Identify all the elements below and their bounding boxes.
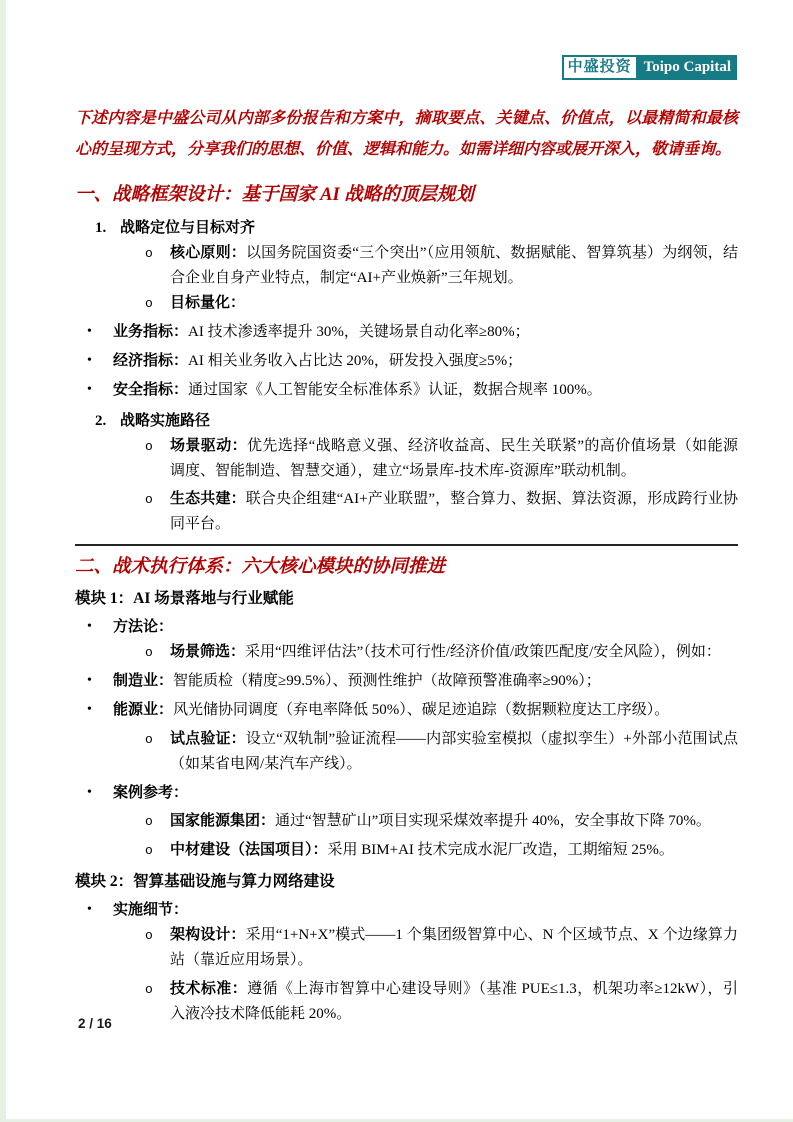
circle-list-marker: o: [145, 809, 153, 834]
page-edge-left: [0, 0, 6, 1122]
target-quantification-label: 目标量化：: [170, 295, 245, 311]
intro-disclaimer-text: 下述内容是中盛公司从内部多份报告和方案中，摘取要点、关键点、价值点，以最精简和最…: [75, 103, 738, 165]
circle-list-marker: o: [145, 727, 153, 752]
methodology-label: 方法论：: [113, 619, 173, 635]
core-principle-text: 以国务院国资委“三个突出”（应用领航、数据赋能、智算筑基）为纲领，结合企业自身产…: [170, 245, 738, 286]
case-energy-group-text: 通过“智慧矿山”项目实现采煤效率提升 40%，安全事故下降 70%。: [275, 813, 711, 829]
case-sinoma-item: o 中材建设（法国项目）：采用 BIM+AI 技术完成水泥厂改造，工期缩短 25…: [75, 838, 738, 863]
bullet-list-marker: •: [87, 897, 92, 922]
case-energy-group-label: 国家能源集团：: [170, 813, 275, 829]
section-2-heading: 二、战术执行体系：六大核心模块的协同推进: [75, 554, 738, 580]
case-sinoma-text: 采用 BIM+AI 技术完成水泥厂改造，工期缩短 25%。: [328, 842, 674, 858]
bullet-list-marker: •: [87, 614, 92, 639]
target-quantification-item: o 目标量化：: [75, 291, 738, 316]
manufacturing-text: 智能质检（精度≥99.5%）、预测性维护（故障预警准确率≥90%）；: [173, 673, 601, 689]
case-reference-label: 案例参考：: [113, 785, 188, 801]
case-energy-group-item: o 国家能源集团：通过“智慧矿山”项目实现采煤效率提升 40%，安全事故下降 7…: [75, 809, 738, 834]
circle-list-marker: o: [145, 640, 153, 665]
circle-list-marker: o: [145, 838, 153, 863]
economic-indicator-label: 经济指标：: [113, 353, 188, 369]
architecture-design-text: 采用“1+N+X”模式——1 个集团级智算中心、N 个区域节点、X 个边缘算力站…: [170, 927, 738, 968]
document-body: 下述内容是中盛公司从内部多份报告和方案中，摘取要点、关键点、价值点，以最精简和最…: [75, 0, 738, 1027]
numbered-item-2: 2. 战略实施路径: [75, 409, 738, 434]
architecture-design-label: 架构设计：: [170, 927, 246, 943]
architecture-design-item: o 架构设计：采用“1+N+X”模式——1 个集团级智算中心、N 个区域节点、X…: [75, 923, 738, 973]
safety-indicator-label: 安全指标：: [113, 382, 188, 398]
scene-driven-text: 优先选择“战略意义强、经济收益高、民生关联紧”的高价值场景（如能源调度、智能制造…: [170, 438, 738, 479]
bullet-list-marker: •: [87, 697, 92, 722]
case-reference-item: • 案例参考：: [75, 781, 738, 806]
safety-indicator-item: • 安全指标：通过国家《人工智能安全标准体系》认证，数据合规率 100%。: [75, 378, 738, 403]
pilot-validation-item: o 试点验证：设立“双轨制”验证流程——内部实验室模拟（虚拟孪生）+外部小范围试…: [75, 727, 738, 777]
pilot-validation-label: 试点验证：: [170, 731, 246, 747]
numbered-item-1: 1. 战略定位与目标对齐: [75, 216, 738, 241]
energy-industry-item: • 能源业：风光储协同调度（弃电率降低 50%）、碳足迹追踪（数据颗粒度达工序级…: [75, 698, 738, 723]
bullet-list-marker: •: [87, 319, 92, 344]
numbered-item-2-title: 战略实施路径: [120, 413, 210, 429]
bullet-list-marker: •: [87, 377, 92, 402]
case-sinoma-label: 中材建设（法国项目）：: [170, 842, 328, 858]
economic-indicator-text: AI 相关业务收入占比达 20%，研发投入强度≥5%；: [188, 353, 522, 369]
economic-indicator-item: • 经济指标：AI 相关业务收入占比达 20%，研发投入强度≥5%；: [75, 349, 738, 374]
core-principle-item: o 核心原则：以国务院国资委“三个突出”（应用领航、数据赋能、智算筑基）为纲领，…: [75, 241, 738, 291]
circle-list-marker: o: [145, 291, 153, 316]
manufacturing-label: 制造业：: [113, 673, 173, 689]
eco-cobuild-label: 生态共建：: [170, 491, 246, 507]
module-2-heading: 模块 2：智算基础设施与算力网络建设: [75, 869, 738, 894]
scene-screening-text: 采用“四维评估法”（技术可行性/经济价值/政策匹配度/安全风险），例如：: [245, 644, 721, 660]
technical-standard-item: o 技术标准：遵循《上海市智算中心建设导则》（基准 PUE≤1.3，机架功率≥1…: [75, 977, 738, 1027]
eco-cobuild-item: o 生态共建：联合央企组建“AI+产业联盟”，整合算力、数据、算法资源，形成跨行…: [75, 487, 738, 537]
scene-driven-item: o 场景驱动：优先选择“战略意义强、经济收益高、民生关联紧”的高价值场景（如能源…: [75, 434, 738, 484]
numbered-item-1-title: 战略定位与目标对齐: [120, 220, 255, 236]
list-number: 2.: [95, 409, 106, 434]
bullet-list-marker: •: [87, 780, 92, 805]
bullet-list-marker: •: [87, 348, 92, 373]
circle-list-marker: o: [145, 977, 153, 1002]
manufacturing-item: • 制造业：智能质检（精度≥99.5%）、预测性维护（故障预警准确率≥90%）；: [75, 669, 738, 694]
energy-industry-text: 风光储协同调度（弃电率降低 50%）、碳足迹追踪（数据颗粒度达工序级）。: [173, 702, 669, 718]
methodology-item: • 方法论：: [75, 615, 738, 640]
business-indicator-label: 业务指标：: [113, 324, 188, 340]
module-1-heading: 模块 1：AI 场景落地与行业赋能: [75, 586, 738, 611]
eco-cobuild-text: 联合央企组建“AI+产业联盟”，整合算力、数据、算法资源，形成跨行业协同平台。: [170, 491, 738, 532]
implementation-details-item: • 实施细节：: [75, 898, 738, 923]
energy-industry-label: 能源业：: [113, 702, 173, 718]
circle-list-marker: o: [145, 241, 153, 266]
list-number: 1.: [95, 216, 106, 241]
pilot-validation-text: 设立“双轨制”验证流程——内部实验室模拟（虚拟孪生）+外部小范围试点（如某省电网…: [170, 731, 738, 772]
technical-standard-label: 技术标准：: [170, 981, 247, 997]
circle-list-marker: o: [145, 487, 153, 512]
circle-list-marker: o: [145, 434, 153, 459]
safety-indicator-text: 通过国家《人工智能安全标准体系》认证，数据合规率 100%。: [188, 382, 602, 398]
section-divider-line: [75, 544, 738, 546]
section-1-heading: 一、战略框架设计：基于国家 AI 战略的顶层规划: [75, 182, 738, 208]
circle-list-marker: o: [145, 923, 153, 948]
bullet-list-marker: •: [87, 668, 92, 693]
technical-standard-text: 遵循《上海市智算中心建设导则》（基准 PUE≤1.3，机架功率≥12kW），引入…: [170, 981, 738, 1022]
scene-driven-label: 场景驱动：: [170, 438, 247, 454]
page-number: 2 / 16: [78, 1016, 112, 1031]
business-indicator-item: • 业务指标：AI 技术渗透率提升 30%，关键场景自动化率≥80%；: [75, 320, 738, 345]
scene-screening-item: o 场景筛选：采用“四维评估法”（技术可行性/经济价值/政策匹配度/安全风险），…: [75, 640, 738, 665]
scene-screening-label: 场景筛选：: [170, 644, 245, 660]
business-indicator-text: AI 技术渗透率提升 30%，关键场景自动化率≥80%；: [188, 324, 530, 340]
core-principle-label: 核心原则：: [170, 245, 246, 261]
implementation-details-label: 实施细节：: [113, 902, 188, 918]
